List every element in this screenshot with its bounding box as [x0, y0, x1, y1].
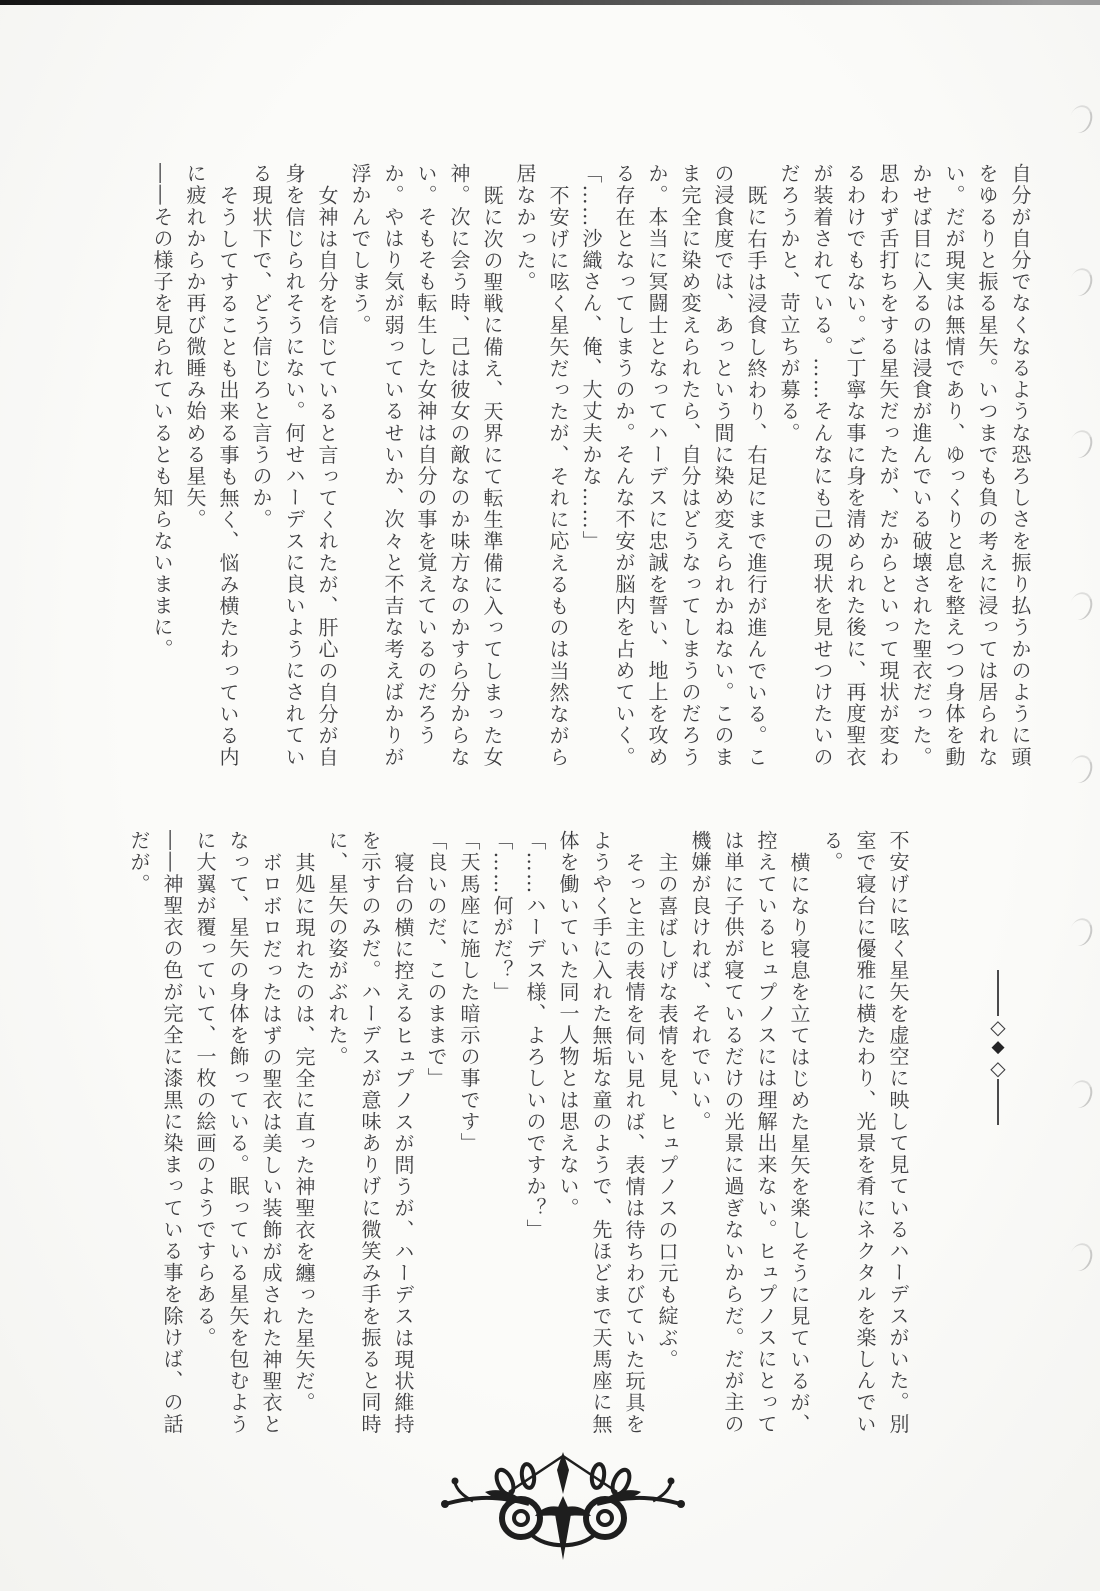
paragraph: そうしてすることも出来る事も無く、悩み横たわっている内に疲れからか再び微睡み始め…: [178, 163, 244, 777]
paragraph: 自分が自分でなくなるような恐ろしさを振り払うかのように頭をゆるりと振る星矢。いつ…: [772, 163, 1036, 777]
scan-artifact: [1066, 427, 1096, 460]
paragraph: そっと主の表情を伺い見れば、表情は待ちわびていた玩具をようやく手に入れた無垢な童…: [551, 830, 650, 1444]
dialogue-line: 「……ハーデス様、よろしいのですか？」: [518, 830, 551, 1444]
paragraph: ――その様子を見られているとも知らないままに。: [145, 163, 178, 777]
dialogue-line: 「……何がだ？」: [485, 830, 518, 1444]
scan-artifact: [1066, 102, 1096, 135]
scanned-page: 自分が自分でなくなるような恐ろしさを振り払うかのように頭をゆるりと振る星矢。いつ…: [0, 0, 1100, 1591]
diamond-outline-icon: ◇: [990, 1016, 1005, 1038]
divider-rule-top: [997, 970, 999, 1016]
dialogue-line: 「天馬座に施した暗示の事です」: [452, 830, 485, 1444]
dialogue-line: 「……沙織さん、俺、大丈夫かな……」: [574, 163, 607, 777]
paragraph: 不安げに呟く星矢を虚空に映して見ているハーデスがいた。別室で寝台に優雅に横たわり…: [815, 830, 914, 1444]
story-text-top-section: 自分が自分でなくなるような恐ろしさを振り払うかのように頭をゆるりと振る星矢。いつ…: [145, 163, 1036, 777]
fleuron-ornament: [433, 1452, 693, 1568]
paragraph: 女神は自分を信じていると言ってくれたが、肝心の自分が自身を信じられそうにない。何…: [244, 163, 343, 777]
paragraph: ――神聖衣の色が完全に漆黒に染まっている事を除けば、の話だが。: [122, 830, 188, 1444]
scan-edge-shadow: [0, 0, 1100, 5]
scan-artifact: [1066, 915, 1096, 948]
paragraph: 其処に現れたのは、完全に直った神聖衣を纏った星矢だ。: [287, 830, 320, 1444]
scan-artifact: [1066, 589, 1096, 622]
paragraph: 不安げに呟く星矢だったが、それに応えるものは当然ながら居なかった。: [508, 163, 574, 777]
paragraph: 既に次の聖戦に備え、天界にて転生準備に入ってしまった女神。次に会う時、己は彼女の…: [343, 163, 508, 777]
diamond-outline-icon: ◇: [990, 1057, 1005, 1079]
scan-artifact: [1066, 265, 1096, 298]
floral-fleuron-icon: [433, 1452, 693, 1564]
diamond-filled-icon: ◆: [991, 1038, 1004, 1057]
section-divider: ◇ ◆ ◇: [984, 968, 1012, 1126]
paragraph: 既に右手は浸食し終わり、右足にまで進行が進んでいる。この浸食度では、あっという間…: [607, 163, 772, 777]
story-text-bottom-section: 不安げに呟く星矢を虚空に映して見ているハーデスがいた。別室で寝台に優雅に横たわり…: [122, 830, 914, 1444]
paragraph: 主の喜ばしげな表情を見、ヒュプノスの口元も綻ぶ。: [650, 830, 683, 1444]
paragraph: 寝台の横に控えるヒュプノスが問うが、ハーデスは現状維持を示すのみだ。ハーデスが意…: [320, 830, 419, 1444]
paragraph: 横になり寝息を立てはじめた星矢を楽しそうに見ているが、控えているヒュプノスには理…: [683, 830, 815, 1444]
scan-artifact: [1066, 752, 1096, 785]
divider-rule-bottom: [997, 1079, 999, 1125]
scan-artifact: [1066, 1240, 1096, 1273]
paragraph: ボロボロだったはずの聖衣は美しい装飾が成された神聖衣となって、星矢の身体を飾って…: [188, 830, 287, 1444]
scan-artifact: [1066, 1077, 1096, 1110]
dialogue-line: 「良いのだ、このままで」: [419, 830, 452, 1444]
